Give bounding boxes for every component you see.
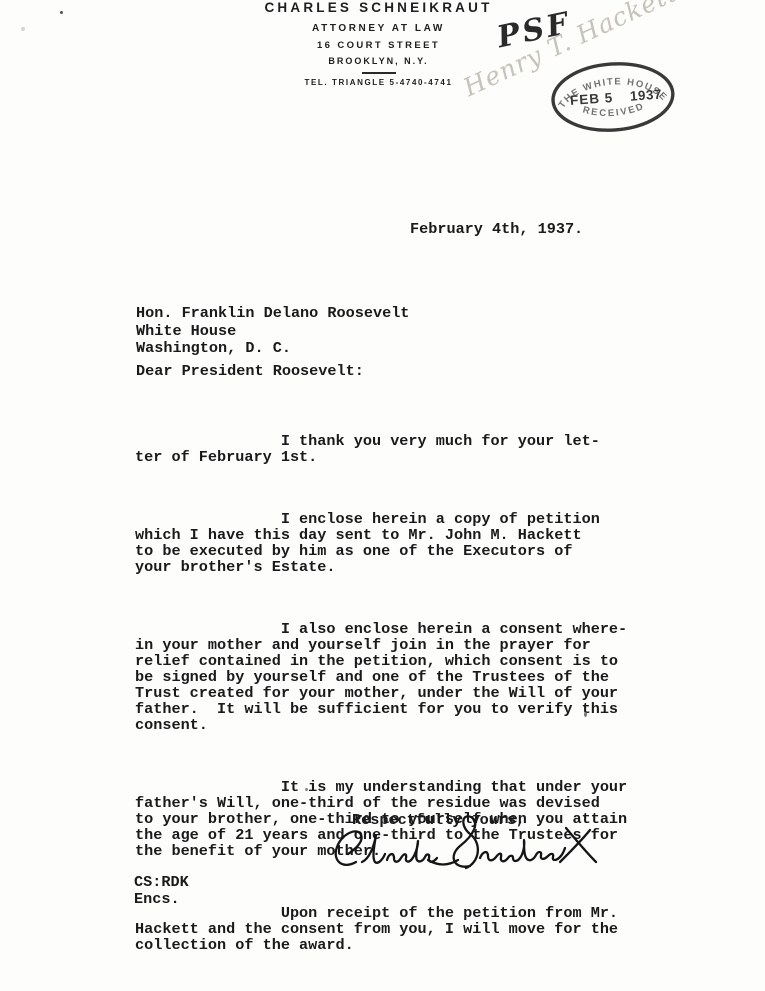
signature-stroke-cross-2	[566, 828, 596, 862]
date-line: February 4th, 1937.	[410, 221, 583, 237]
scan-speck	[584, 712, 587, 717]
paragraph-1: I thank you very much for your let- ter …	[135, 433, 627, 465]
letterhead-street: 16 COURT STREET	[0, 40, 757, 51]
letterhead-title: ATTORNEY AT LAW	[0, 23, 757, 34]
signature-stroke-first-name-3	[387, 841, 437, 862]
letterhead-divider	[362, 72, 396, 74]
stamp-date: FEB 5	[570, 90, 614, 108]
signature-stroke-first-name-2	[362, 835, 385, 863]
salutation: Dear President Roosevelt:	[136, 363, 364, 379]
white-house-received-stamp: THE WHITE HOUSE FEB 5 1937 RECEIVED	[547, 56, 680, 141]
stamp-year: 1937	[629, 87, 662, 104]
letter-body: I thank you very much for your let- ter …	[135, 401, 627, 991]
signature-stroke-first-name	[336, 831, 362, 864]
scan-speck	[305, 788, 308, 791]
paragraph-5: Upon receipt of the petition from Mr. Ha…	[135, 905, 627, 953]
paragraph-3: I also enclose herein a consent where- i…	[135, 621, 627, 733]
recipient-address: Hon. Franklin Delano Roosevelt White Hou…	[136, 305, 409, 358]
letter-page: CHARLES SCHNEIKRAUT ATTORNEY AT LAW 16 C…	[0, 0, 765, 991]
scan-speck	[60, 11, 63, 14]
signature-stroke-cross-1	[560, 830, 590, 862]
scan-speck	[21, 27, 25, 31]
reference-initials-and-enclosures: CS:RDK Encs.	[134, 874, 189, 907]
signature-stroke-surname	[480, 840, 565, 861]
paragraph-2: I enclose herein a copy of petition whic…	[135, 511, 627, 575]
signature-charles-schneikraut	[328, 814, 603, 876]
